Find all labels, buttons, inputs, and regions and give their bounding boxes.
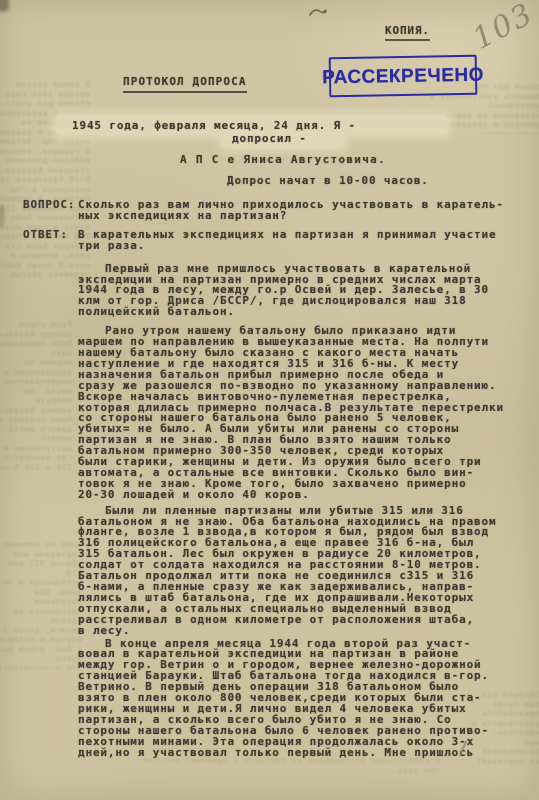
date-line: 1945 года, февраля месяца, 24 дня. Я - [72, 121, 356, 132]
answer-block: ОТВЕТ: В карательных экспедициях на парт… [23, 230, 525, 252]
edge-smudge [0, 205, 5, 227]
answer-label: ОТВЕТ: [23, 230, 78, 252]
declassified-stamp-label: РАССЕКРЕЧЕНО [322, 65, 484, 87]
declassified-stamp: РАССЕКРЕЧЕНО [329, 55, 478, 98]
question-label: ВОПРОС: [23, 200, 78, 222]
start-time-line: Допрос начат в 10-00 часов. [227, 176, 429, 187]
subject-name-line: А П С е Яниса Августовича. [180, 155, 386, 166]
handwritten-page-number: 103 [469, 0, 539, 55]
document-body: ВОПРОС: Сколько раз вам лично приходилос… [23, 200, 525, 759]
question-text: Сколько раз вам лично приходилось участв… [78, 200, 525, 222]
answer-paragraph: Первый раз мне пришлось участвовать в ка… [78, 264, 525, 319]
document-title: ПРОТОКОЛ ДОПРОСА [123, 77, 247, 93]
interrogator-line: допросил - [232, 134, 307, 145]
answer-text: В карательных экспедициях на партизан я … [78, 230, 525, 252]
question-block: ВОПРОС: Сколько раз вам лично приходилос… [23, 200, 525, 222]
edge-smudge [0, 0, 9, 12]
answer-paragraph: В конце апреля месяца 1944 года второй р… [78, 639, 525, 759]
answer-paragraph: Рано утром нашему батальону было приказа… [78, 326, 525, 501]
answer-paragraph: Были ли пленные партизаны или убитые 315… [78, 506, 525, 637]
bleed-through-ghost: В карательных экспедициях на партизан я … [110, 756, 440, 798]
pencil-mark-icon [308, 6, 328, 18]
copy-label: КОПИЯ. [385, 26, 430, 41]
scanned-document-page: В конце апреля месяца 1944 года второй р… [0, 0, 539, 800]
